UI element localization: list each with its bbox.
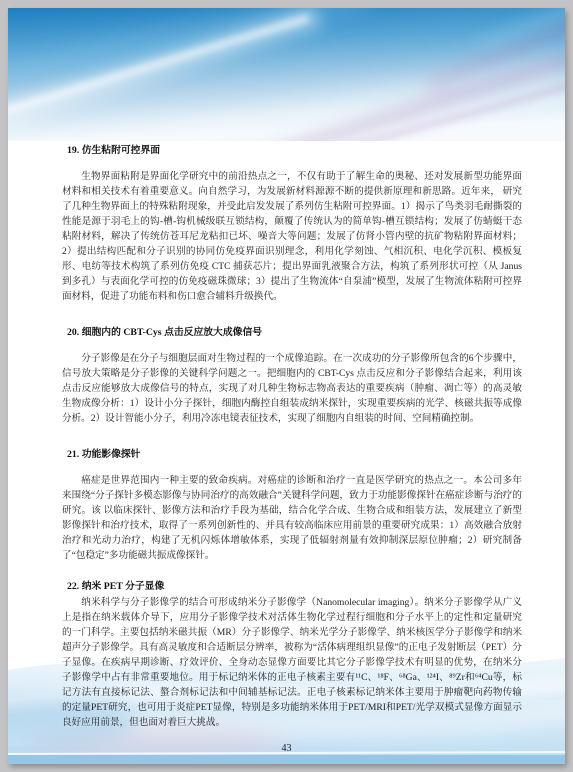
- section-19-title: 19. 仿生粘附可控界面: [62, 143, 522, 158]
- page-number: 43: [8, 743, 565, 754]
- section-22-paragraph: 纳米科学与分子影像学的结合可形成纳米分子影像学（Nanomolecular im…: [62, 595, 522, 730]
- section-22-title: 22. 纳米 PET 分子显像: [62, 579, 522, 594]
- page-background: 19. 仿生粘附可控界面 生物界面粘附是界面化学研究中的前沿热点之一，不仅有助于…: [0, 0, 573, 772]
- section-20-title: 20. 细胞内的 CBT-Cys 点击反应放大成像信号: [62, 325, 522, 340]
- section-20-paragraph: 分子影像是在分子与细胞层面对生物过程的一个成像追踪。在一次成功的分子影像所包含的…: [62, 351, 522, 426]
- document-content: 19. 仿生粘附可控界面 生物界面粘附是界面化学研究中的前沿热点之一，不仅有助于…: [62, 8, 522, 730]
- section-21: 21. 功能影像探针 癌症是世界范围内一种主要的致命疾病。对癌症的诊断和治疗一直…: [62, 447, 522, 563]
- section-21-paragraph: 癌症是世界范围内一种主要的致命疾病。对癌症的诊断和治疗一直是医学研究的热点之一。…: [62, 473, 522, 563]
- section-20: 20. 细胞内的 CBT-Cys 点击反应放大成像信号 分子影像是在分子与细胞层…: [62, 325, 522, 426]
- section-19: 19. 仿生粘附可控界面 生物界面粘附是界面化学研究中的前沿热点之一，不仅有助于…: [62, 143, 522, 304]
- section-21-title: 21. 功能影像探针: [62, 447, 522, 462]
- section-19-paragraph: 生物界面粘附是界面化学研究中的前沿热点之一，不仅有助于了解生命的奥秘、还对发展新…: [62, 169, 522, 304]
- section-22: 22. 纳米 PET 分子显像 纳米科学与分子影像学的结合可形成纳米分子影像学（…: [62, 579, 522, 730]
- document-page: 19. 仿生粘附可控界面 生物界面粘附是界面化学研究中的前沿热点之一，不仅有助于…: [8, 8, 565, 764]
